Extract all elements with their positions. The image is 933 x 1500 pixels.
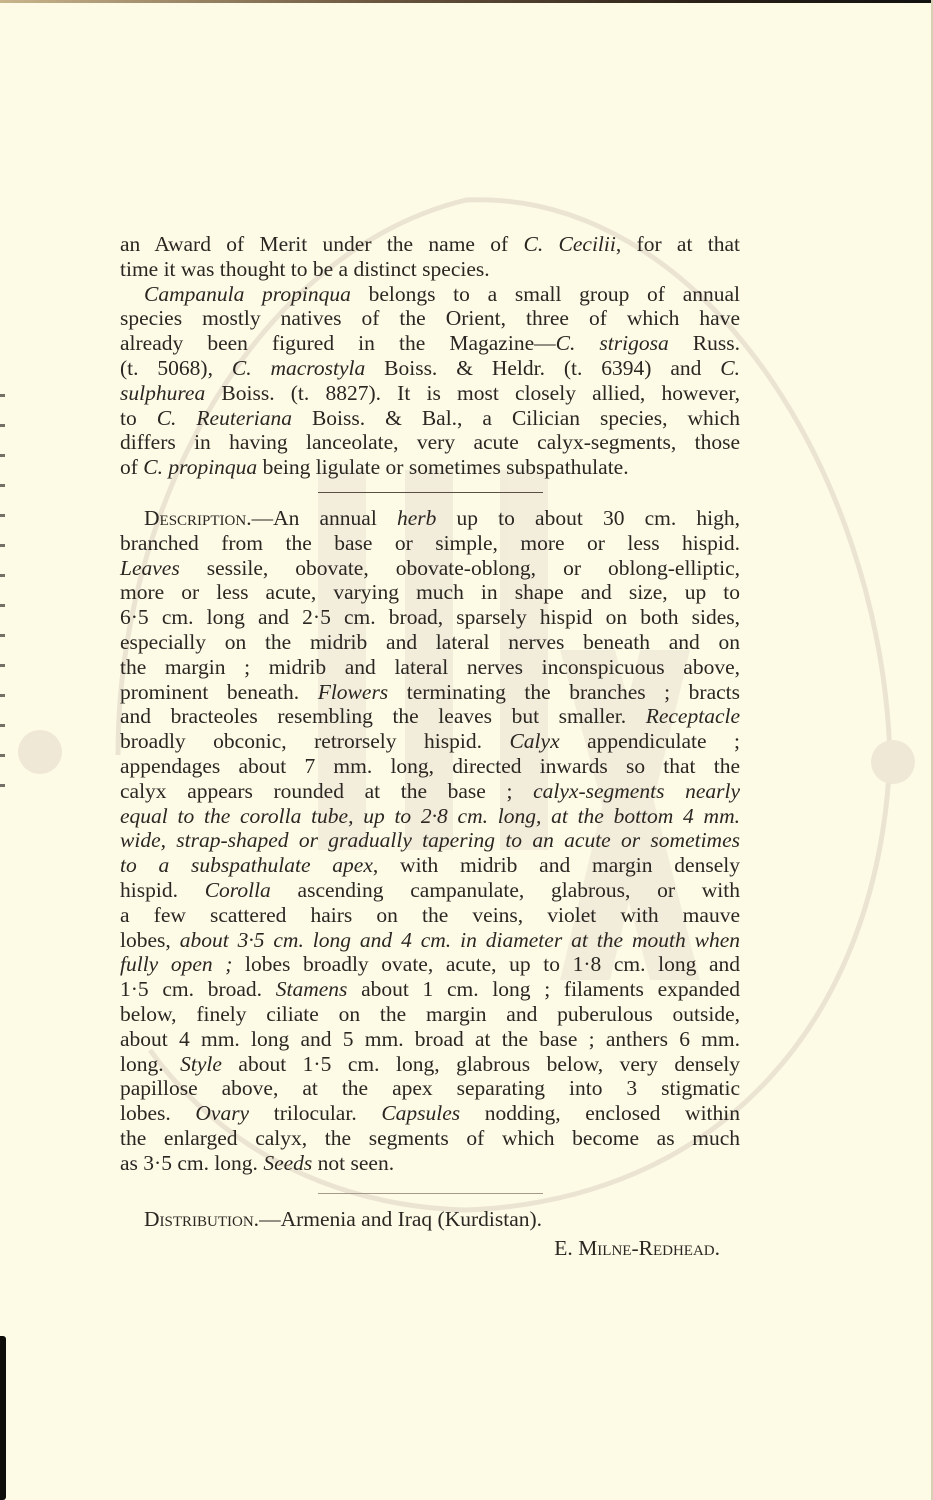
page-top-edge [0,0,933,3]
text-line: more or less acute, varying much in shap… [120,580,740,605]
text-line: long. Style about 1·5 cm. long, glabrous… [120,1052,740,1077]
italic-term: Leaves [120,556,180,580]
text-line: appendages about 7 mm. long, directed in… [120,754,740,779]
text-line: the margin ; midrib and lateral nerves i… [120,655,740,680]
text-line: lobes. Ovary trilocular. Capsules noddin… [120,1101,740,1126]
distribution-line: Distribution.—Armenia and Iraq (Kurdista… [120,1206,740,1232]
text-line: to C. Reuteriana Boiss. & Bal., a Cilici… [120,406,740,431]
italic-term: C. Cecilii [524,232,616,256]
text-line: Description.—An annual herb up to about … [120,506,740,531]
page-left-edge-shadow [0,1336,6,1500]
distribution-text: —Armenia and Iraq (Kurdistan). [259,1207,542,1231]
text-line: of C. propinqua being ligulate or someti… [120,455,740,480]
italic-term: C. propinqua [143,455,257,479]
distribution-heading: Distribution. [144,1207,259,1231]
text-line: 1·5 cm. broad. Stamens about 1 cm. long … [120,977,740,1002]
text-line: species mostly natives of the Orient, th… [120,306,740,331]
description-paragraph: Description.—An annual herb up to about … [120,506,740,1176]
italic-term: Corolla [205,878,271,902]
text-line: hispid. Corolla ascending campanulate, g… [120,878,740,903]
italic-term: Seeds [263,1151,312,1175]
text-line: about 4 mm. long and 5 mm. broad at the … [120,1027,740,1052]
text-line: below, finely ciliate on the margin and … [120,1002,740,1027]
text-line: differs in having lanceolate, very acute… [120,430,740,455]
italic-term: Flowers [318,680,388,704]
text-line: lobes, about 3·5 cm. long and 4 cm. in d… [120,928,740,953]
text-line: calyx appears rounded at the base ; caly… [120,779,740,804]
text-line: broadly obconic, retrorsely hispid. Caly… [120,729,740,754]
text-line: and bracteoles resembling the leaves but… [120,704,740,729]
section-divider [318,1193,543,1194]
italic-term: herb [397,506,436,530]
text-line: branched from the base or simple, more o… [120,531,740,556]
continuation-paragraph: an Award of Merit under the name of C. C… [120,232,740,282]
italic-term: Calyx [509,729,559,753]
italic-term: about 3·5 cm. long and 4 cm. in diameter… [180,928,740,952]
text-line: prominent beneath. Flowers terminating t… [120,680,740,705]
text-line: the enlarged calyx, the segments of whic… [120,1126,740,1151]
italic-term: C. [720,356,740,380]
italic-term: to a subspathulate apex [120,853,373,877]
section-heading: Description. [144,506,252,530]
italic-term: Ovary [195,1101,249,1125]
italic-term: Receptacle [646,704,740,728]
comparison-paragraph: Campanula propinqua belongs to a small g… [120,282,740,480]
text-line: Campanula propinqua belongs to a small g… [120,282,740,307]
author-signature: E. Milne-Redhead. [120,1235,740,1261]
text-line: equal to the corolla tube, up to 2·8 cm.… [120,804,740,829]
text-line: wide, strap-shaped or gradually tapering… [120,828,740,853]
italic-term: Style [180,1052,222,1076]
section-divider [318,492,543,493]
text-line: an Award of Merit under the name of C. C… [120,232,740,257]
page-content: an Award of Merit under the name of C. C… [120,232,740,1261]
page-left-edge-marks [0,380,5,800]
text-line: especially on the midrib and lateral ner… [120,630,740,655]
italic-term: Capsules [381,1101,460,1125]
italic-term: C. strigosa [556,331,669,355]
page: an Award of Merit under the name of C. C… [0,0,933,1500]
text-line: to a subspathulate apex, with midrib and… [120,853,740,878]
text-line: a few scattered hairs on the veins, viol… [120,903,740,928]
italic-term: C. Reuteriana [157,406,292,430]
italic-term: C. macrostyla [232,356,365,380]
italic-term: sulphurea [120,381,205,405]
italic-term: fully open ; [120,952,232,976]
text-line: already been figured in the Magazine—C. … [120,331,740,356]
author-name: Milne-Redhead. [578,1236,720,1260]
text-line: time it was thought to be a distinct spe… [120,257,740,282]
text-line: as 3·5 cm. long. Seeds not seen. [120,1151,740,1176]
text-line: fully open ; lobes broadly ovate, acute,… [120,952,740,977]
text-line: sulphurea Boiss. (t. 8827). It is most c… [120,381,740,406]
text-line: Leaves sessile, obovate, obovate-oblong,… [120,556,740,581]
italic-term: Campanula propinqua [144,282,351,306]
text-line: papillose above, at the apex separating … [120,1076,740,1101]
italic-term: wide, strap-shaped or gradually tapering… [120,828,740,852]
italic-term: Stamens [276,977,348,1001]
text-line: (t. 5068), C. macrostyla Boiss. & Heldr.… [120,356,740,381]
text-line: 6·5 cm. long and 2·5 cm. broad, sparsely… [120,605,740,630]
italic-term: calyx-segments nearly [533,779,740,803]
italic-term: equal to the corolla tube, up to 2·8 cm.… [120,804,740,828]
author-initial: E. [554,1236,578,1260]
